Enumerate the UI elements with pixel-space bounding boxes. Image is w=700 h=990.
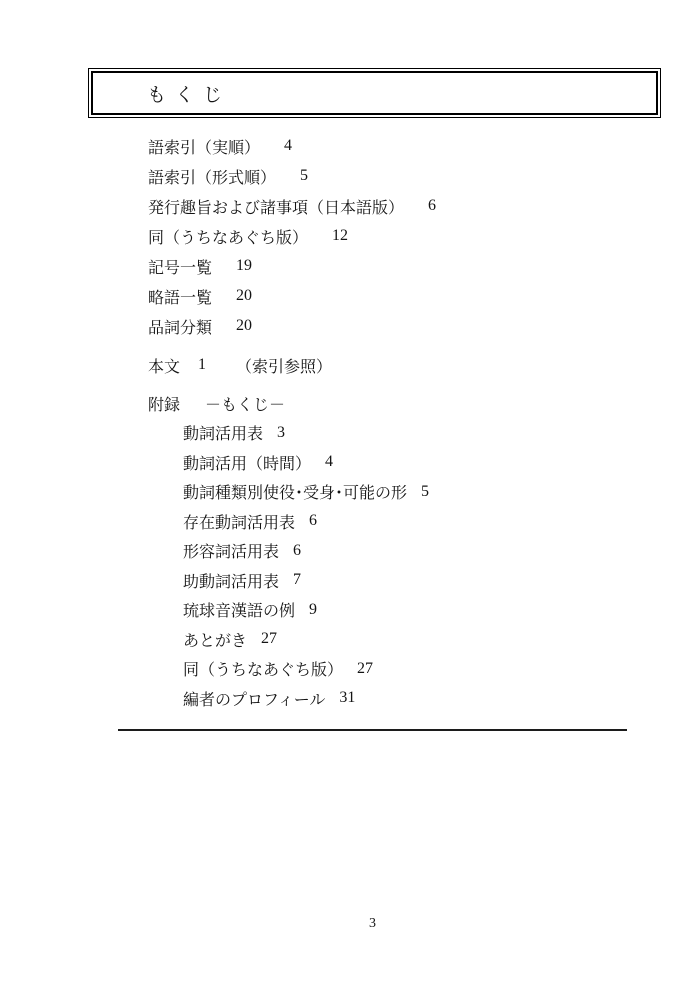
toc-entry: 同（うちなあぐち版） 12 <box>148 221 436 251</box>
toc-entry-label: 編者のプロフィール <box>183 687 325 710</box>
toc-entry-label: 動詞種類別使役･受身･可能の形 <box>183 480 407 503</box>
toc-entry: 記号一覧 19 <box>148 251 436 281</box>
toc-entry-label: 琉球音漢語の例 <box>183 598 295 621</box>
toc-entry-page: 27 <box>261 630 277 648</box>
toc-entry-label: 助動詞活用表 <box>183 569 279 592</box>
footer-divider <box>118 729 627 731</box>
toc-entry: 発行趣旨および諸事項（日本語版） 6 <box>148 191 436 221</box>
toc-entry-page: 5 <box>300 167 308 185</box>
page-number: 3 <box>118 916 627 932</box>
toc-entry-page: 1 <box>198 356 206 374</box>
toc-entry-label: 動詞活用（時間） <box>183 451 311 474</box>
toc-entry-label: 記号一覧 <box>148 255 212 278</box>
toc-entry-label: 本文 <box>148 354 180 377</box>
toc-entry: 品詞分類 20 <box>148 311 436 341</box>
toc-entry-page: 9 <box>309 601 317 619</box>
toc-entry-page: 6 <box>293 542 301 560</box>
toc-entry-page: 27 <box>357 660 373 678</box>
toc-entry: 動詞活用表 3 <box>183 418 436 448</box>
table-of-contents: 語索引（実順） 4 語索引（形式順） 5 発行趣旨および諸事項（日本語版） 6 … <box>148 131 436 713</box>
toc-entry-label: 存在動詞活用表 <box>183 510 295 533</box>
toc-entry-honbun: 本文 1 （索引参照） <box>148 350 436 380</box>
page-title: もくじ <box>93 80 231 107</box>
toc-entry-label: あとがき <box>183 628 247 651</box>
toc-entry-label: 発行趣旨および諸事項（日本語版） <box>148 195 404 218</box>
title-box: もくじ <box>88 68 661 118</box>
title-box-inner-border: もくじ <box>91 71 658 115</box>
toc-entry-page: 4 <box>284 137 292 155</box>
toc-entry-furoku: 附録 －もくじ－ <box>148 388 436 418</box>
toc-entry-label: 動詞活用表 <box>183 421 263 444</box>
toc-entry: 動詞活用（時間） 4 <box>183 448 436 478</box>
toc-entry-page: 6 <box>428 197 436 215</box>
toc-entry: 略語一覧 20 <box>148 281 436 311</box>
toc-entry-page: 31 <box>339 689 355 707</box>
toc-entry: 語索引（実順） 4 <box>148 131 436 161</box>
toc-entry: 動詞種類別使役･受身･可能の形 5 <box>183 477 436 507</box>
toc-entry: 形容詞活用表 6 <box>183 536 436 566</box>
toc-entry: 存在動詞活用表 6 <box>183 507 436 537</box>
toc-entry-label: 附録 <box>148 392 180 415</box>
toc-entry: 同（うちなあぐち版） 27 <box>183 654 436 684</box>
toc-entry-page: 3 <box>277 424 285 442</box>
toc-entry-note: （索引参照） <box>236 354 332 377</box>
toc-entry: 語索引（形式順） 5 <box>148 161 436 191</box>
toc-entry-page: 7 <box>293 571 301 589</box>
toc-entry-label: 同（うちなあぐち版） <box>148 225 308 248</box>
toc-entry-page: 5 <box>421 483 429 501</box>
toc-entry-page: 12 <box>332 227 348 245</box>
toc-entry-note: －もくじ－ <box>205 392 285 415</box>
toc-entry-page: 6 <box>309 512 317 530</box>
toc-entry-page: 20 <box>236 287 252 305</box>
toc-entry-label: 語索引（形式順） <box>148 165 276 188</box>
toc-entry-label: 形容詞活用表 <box>183 539 279 562</box>
appendix-toc-list: 動詞活用表 3 動詞活用（時間） 4 動詞種類別使役･受身･可能の形 5 存在動… <box>183 418 436 713</box>
toc-entry: あとがき 27 <box>183 625 436 655</box>
toc-entry-page: 19 <box>236 257 252 275</box>
toc-entry-label: 語索引（実順） <box>148 135 260 158</box>
document-page: もくじ 語索引（実順） 4 語索引（形式順） 5 発行趣旨および諸事項（日本語版… <box>0 0 700 990</box>
toc-entry-page: 20 <box>236 317 252 335</box>
toc-entry-label: 同（うちなあぐち版） <box>183 657 343 680</box>
toc-entry-label: 品詞分類 <box>148 315 212 338</box>
toc-entry: 編者のプロフィール 31 <box>183 684 436 714</box>
toc-entry-label: 略語一覧 <box>148 285 212 308</box>
toc-entry-page: 4 <box>325 453 333 471</box>
toc-entry: 助動詞活用表 7 <box>183 566 436 596</box>
toc-entry: 琉球音漢語の例 9 <box>183 595 436 625</box>
